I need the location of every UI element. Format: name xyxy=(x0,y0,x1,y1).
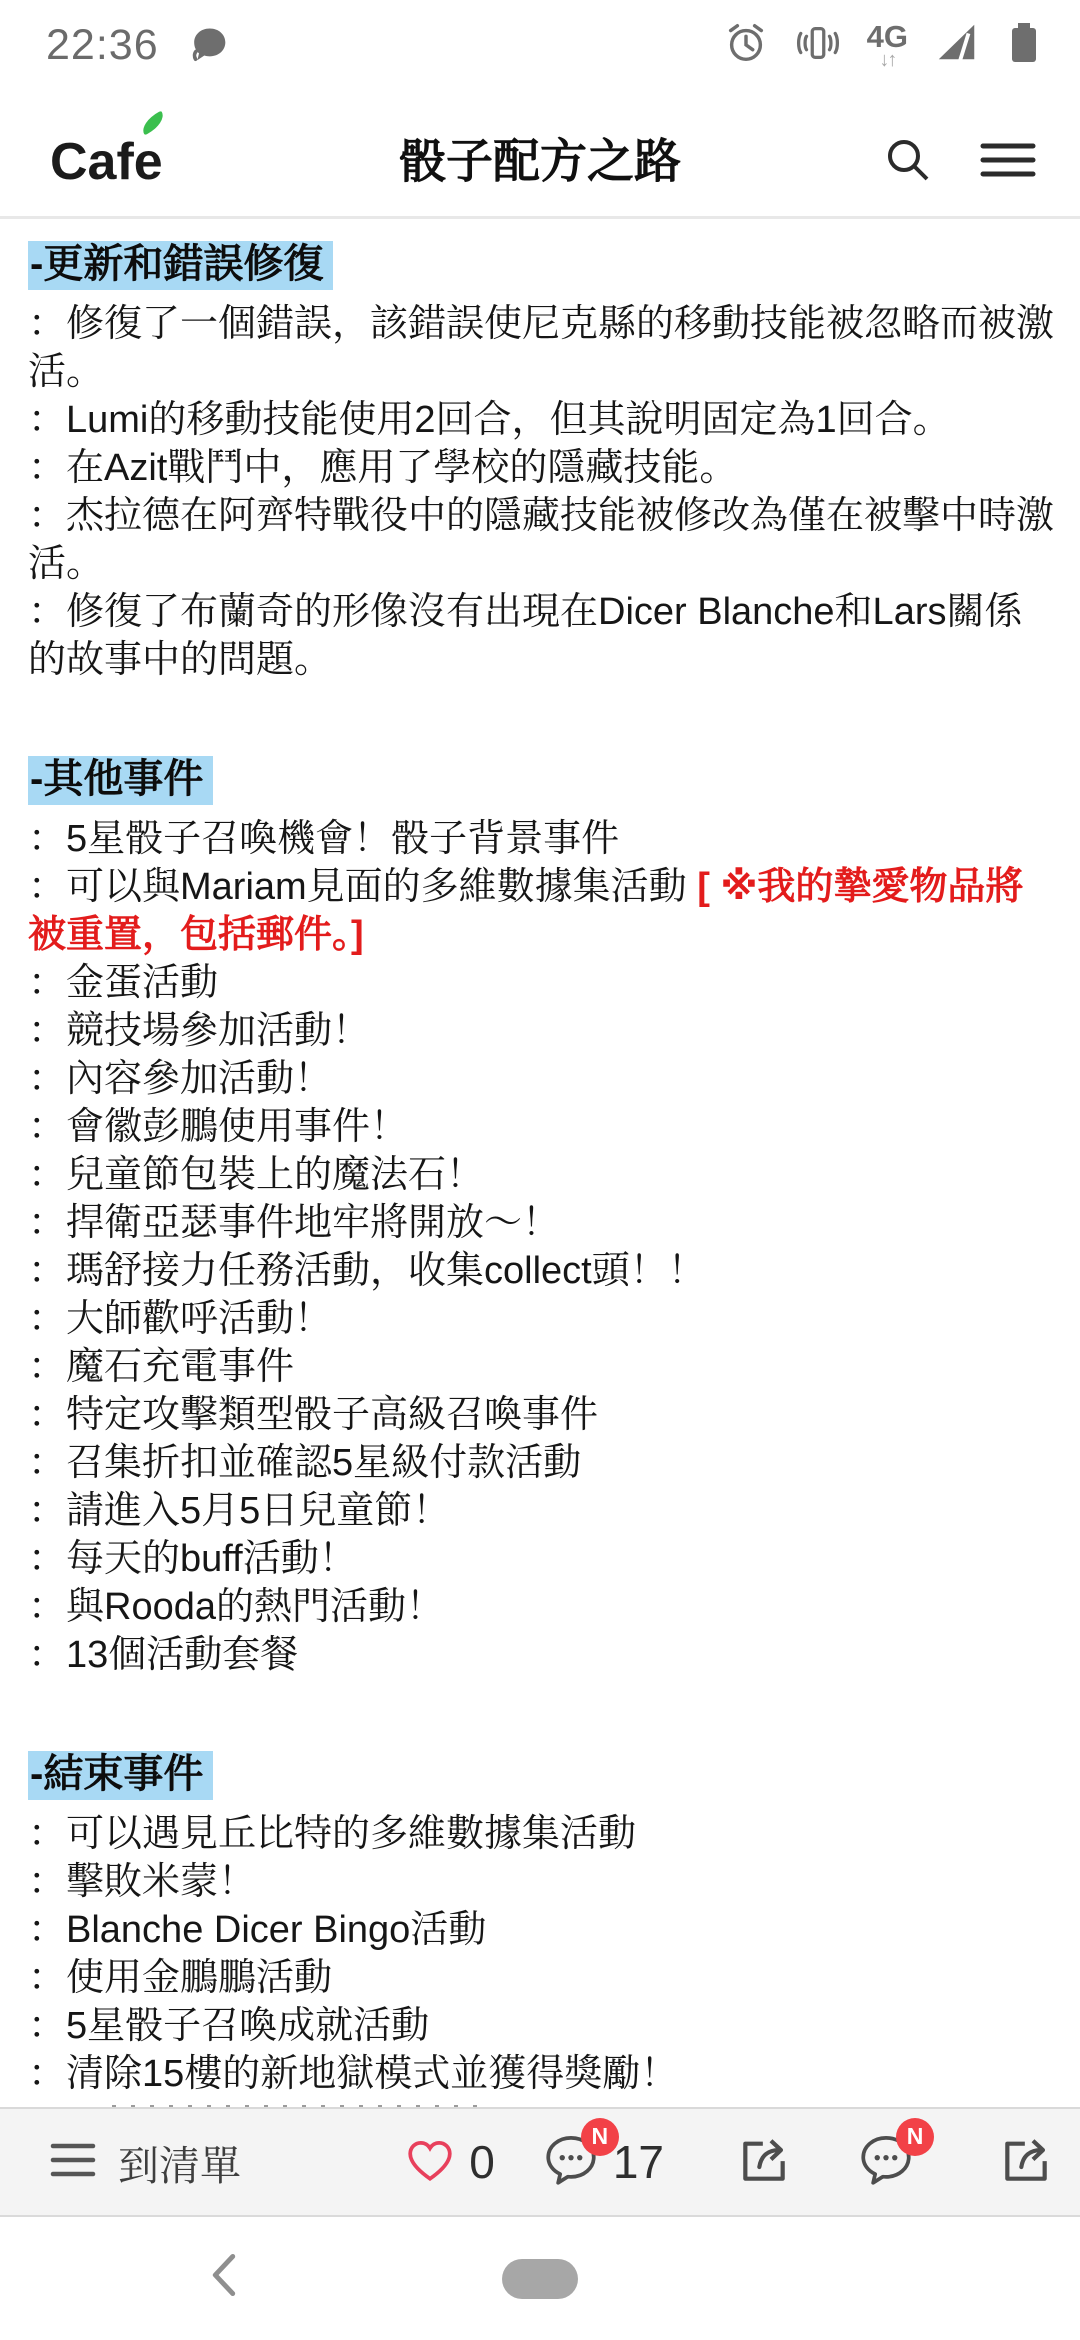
vibrate-icon xyxy=(795,20,841,71)
phone-screen: 22:36 4G ↓↑ Cafe 骰子配方之路 xyxy=(0,0,1080,2340)
like-count: 0 xyxy=(469,2135,495,2189)
data-arrows-icon: ↓↑ xyxy=(879,50,895,70)
back-button[interactable] xyxy=(204,2251,244,2304)
like-button[interactable]: 0 xyxy=(405,2135,495,2189)
battery-icon xyxy=(1006,19,1042,72)
article-line: ：召集折扣並確認5星級付款活動 xyxy=(28,1439,1056,1487)
cafe-logo[interactable]: Cafe xyxy=(50,132,163,192)
article-line: ：擊敗米蒙！ xyxy=(28,1858,1056,1906)
chat-notification-icon xyxy=(185,23,229,67)
article-line: ：Blanche Dicer Bingo活動 xyxy=(28,1906,1056,1954)
article-line: ：5星骰子召喚機會！骰子背景事件 xyxy=(28,815,1056,863)
article-line: ：修復了布蘭奇的形像沒有出現在Dicer Blanche和Lars關係的故事中的… xyxy=(28,588,1056,684)
article-line: ：兒童節包裝上的魔法石！ xyxy=(28,1151,1056,1199)
article-line: ：會徽彭鵬使用事件！ xyxy=(28,1103,1056,1151)
article-line: ：與Rooda的熱門活動！ xyxy=(28,1583,1056,1631)
share-button[interactable] xyxy=(736,2132,792,2193)
network-4g-indicator: 4G ↓↑ xyxy=(867,21,908,70)
article-line: ：每天的buff活動！ xyxy=(28,1535,1056,1583)
article-line: ：Lumi的移動技能使用2回合，但其說明固定為1回合。 xyxy=(28,396,1056,444)
article-line: ：特定攻擊類型骰子高級召喚事件 xyxy=(28,1391,1056,1439)
section-heading-wrap: -結束事件 xyxy=(28,1751,1056,1800)
article-line: ：內容參加活動！ xyxy=(28,1055,1056,1103)
article-line: ：競技場參加活動！ xyxy=(28,1007,1056,1055)
forward-button[interactable] xyxy=(998,2132,1054,2193)
list-icon xyxy=(50,2138,96,2187)
share-icon xyxy=(998,2132,1054,2193)
article-body: -更新和錯誤修復：修復了一個錯誤，該錯誤使尼克縣的移動技能被忽略而被激活。：Lu… xyxy=(0,219,1080,2107)
chat-button[interactable]: N xyxy=(858,2132,914,2193)
leaf-icon xyxy=(138,111,168,136)
clipped-text-sliver xyxy=(112,2105,492,2107)
article-line: ：清除15樓的新地獄模式並獲得獎勵！ xyxy=(28,2050,1056,2098)
article-line: ：修復了一個錯誤，該錯誤使尼克縣的移動技能被忽略而被激活。 xyxy=(28,300,1056,396)
status-time: 22:36 xyxy=(46,21,159,70)
page-title: 骰子配方之路 xyxy=(399,125,681,192)
search-icon[interactable] xyxy=(882,134,934,191)
new-badge: N xyxy=(581,2118,619,2156)
article-line: ：使用金鵬鵬活動 xyxy=(28,1954,1056,2002)
new-badge: N xyxy=(896,2118,934,2156)
section-heading-wrap: -其他事件 xyxy=(28,756,1056,805)
app-bar: Cafe 骰子配方之路 xyxy=(0,84,1080,216)
article-line: ：在Azit戰鬥中，應用了學校的隱藏技能。 xyxy=(28,444,1056,492)
go-to-list-label: 到清單 xyxy=(118,2133,241,2192)
section-heading: -結束事件 xyxy=(28,1751,213,1800)
article-line: ：魔石充電事件 xyxy=(28,1343,1056,1391)
article-line: ：請進入5月5日兒童節！ xyxy=(28,1487,1056,1535)
article-line: ：捍衛亞瑟事件地牢將開放～！ xyxy=(28,1199,1056,1247)
menu-icon[interactable] xyxy=(980,136,1036,189)
home-pill[interactable] xyxy=(502,2259,578,2299)
article-line: ：13個活動套餐 xyxy=(28,1631,1056,1679)
signal-strength-icon xyxy=(934,20,980,71)
article-line: ：5星骰子召喚成就活動 xyxy=(28,2002,1056,2050)
heart-icon xyxy=(405,2137,455,2188)
bottom-toolbar: 到清單 0 N 17 xyxy=(0,2107,1080,2217)
alarm-icon xyxy=(723,20,769,71)
section-heading: -其他事件 xyxy=(28,756,213,805)
article-line: ：金蛋活動 xyxy=(28,959,1056,1007)
article-line: ：瑪舒接力任務活動，收集collect頭！！ xyxy=(28,1247,1056,1295)
article-line: ：可以遇見丘比特的多維數據集活動 xyxy=(28,1810,1056,1858)
article-line-text: ：可以與Mariam見面的多維數據集活動 xyxy=(28,866,697,908)
status-bar: 22:36 4G ↓↑ xyxy=(0,0,1080,84)
gesture-nav-bar xyxy=(0,2217,1080,2340)
article-line: ：杰拉德在阿齊特戰役中的隱藏技能被修改為僅在被擊中時激活。 xyxy=(28,492,1056,588)
status-right-icons: 4G ↓↑ xyxy=(723,19,1042,72)
comment-count: 17 xyxy=(613,2135,664,2189)
go-to-list-button[interactable]: 到清單 xyxy=(50,2133,241,2192)
share-icon xyxy=(736,2132,792,2193)
section-heading: -更新和錯誤修復 xyxy=(28,241,333,290)
article-line: ：大師歡呼活動！ xyxy=(28,1295,1056,1343)
article-line: ：可以與Mariam見面的多維數據集活動 [ ※我的摯愛物品將被重置，包括郵件。… xyxy=(28,863,1056,959)
comment-button[interactable]: N 17 xyxy=(543,2132,664,2193)
section-heading-wrap: -更新和錯誤修復 xyxy=(28,241,1056,290)
